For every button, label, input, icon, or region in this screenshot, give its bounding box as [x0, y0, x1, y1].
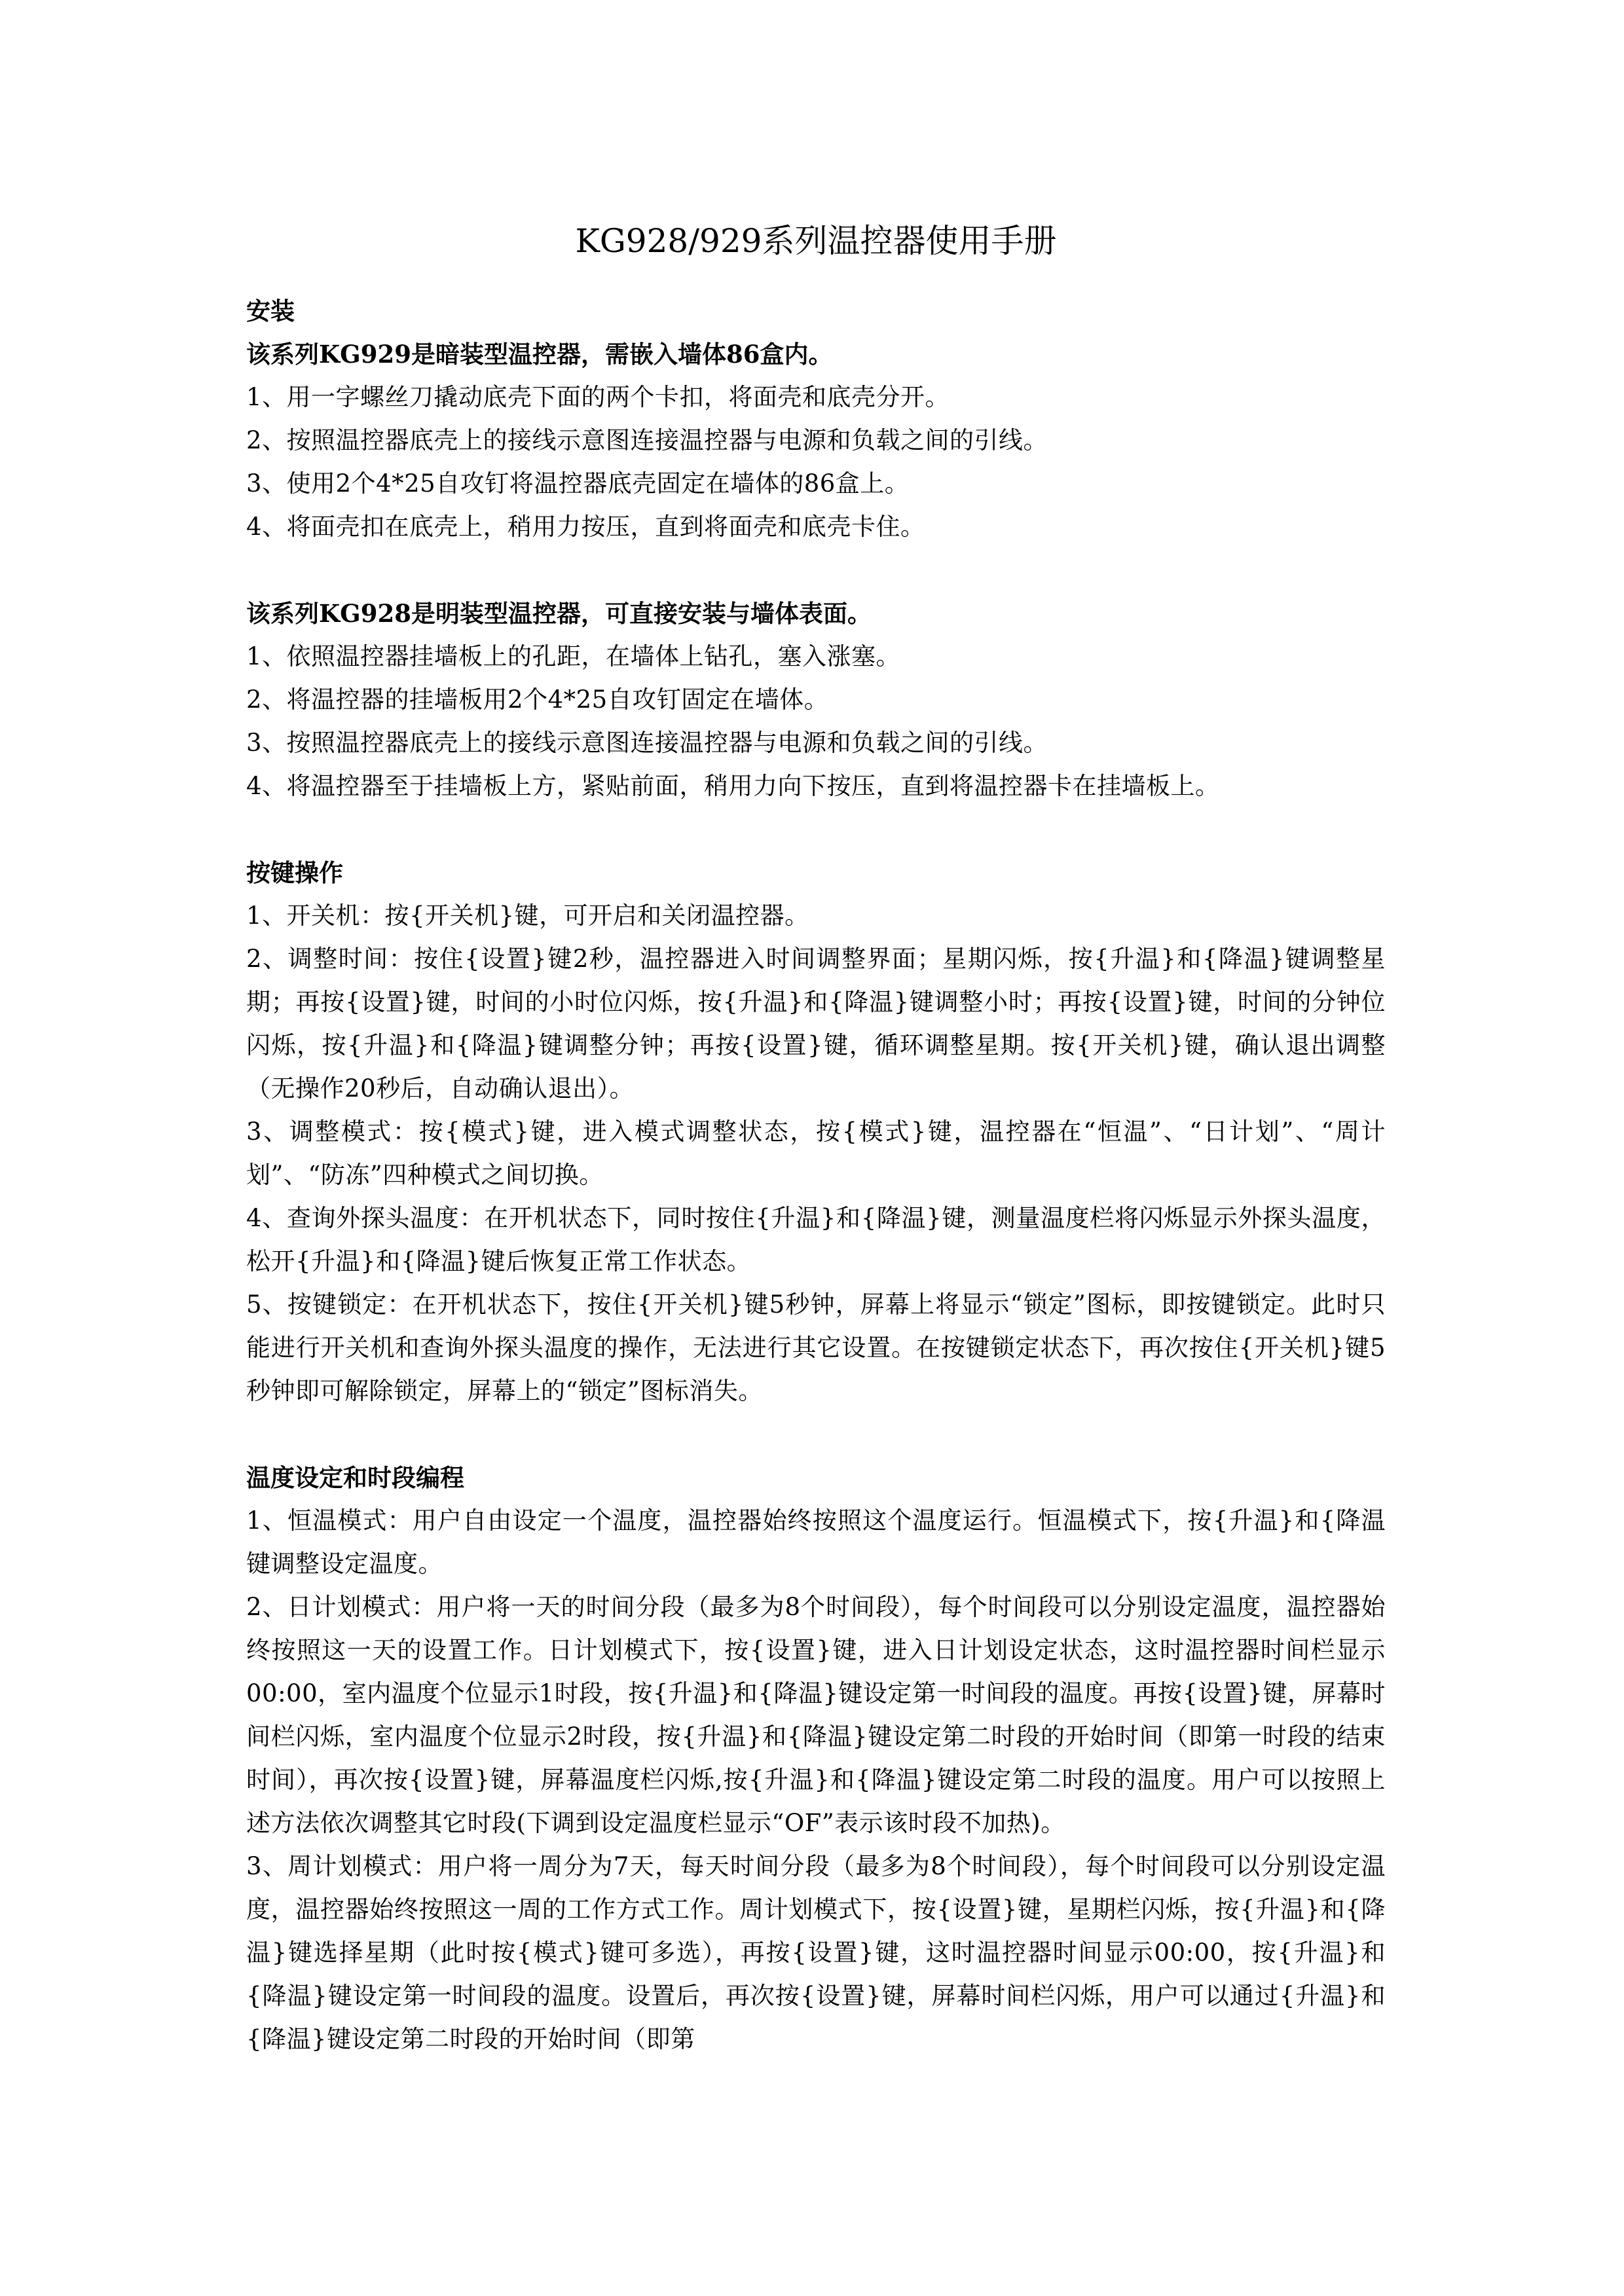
section-heading-temperature-programming: 温度设定和时段编程 — [246, 1456, 1386, 1499]
section-temperature-programming: 温度设定和时段编程 1、恒温模式：用户自由设定一个温度，温控器始终按照这个温度运… — [246, 1456, 1386, 2061]
section-heading-key-operation: 按键操作 — [246, 851, 1386, 894]
kg929-step-4: 4、将面壳扣在底壳上，稍用力按压，直到将面壳和底壳卡住。 — [246, 505, 1386, 549]
section-heading-installation: 安装 — [246, 289, 1386, 333]
key-op-item-4: 4、查询外探头温度：在开机状态下，同时按住{升温}和{降温}键，测量温度栏将闪烁… — [246, 1197, 1386, 1283]
document-page: KG928/929系列温控器使用手册 安装 该系列KG929是暗装型温控器，需嵌… — [246, 208, 1386, 2061]
kg928-intro: 该系列KG928是明装型温控器，可直接安装与墙体表面。 — [246, 592, 1386, 635]
section-installation: 安装 该系列KG929是暗装型温控器，需嵌入墙体86盒内。 1、用一字螺丝刀撬动… — [246, 289, 1386, 808]
kg929-step-1: 1、用一字螺丝刀撬动底壳下面的两个卡扣，将面壳和底壳分开。 — [246, 376, 1386, 419]
kg928-step-3: 3、按照温控器底壳上的接线示意图连接温控器与电源和负载之间的引线。 — [246, 721, 1386, 765]
key-op-item-5: 5、按键锁定：在开机状态下，按住{开关机}键5秒钟，屏幕上将显示“锁定”图标，即… — [246, 1283, 1386, 1413]
kg929-step-3: 3、使用2个4*25自攻钉将温控器底壳固定在墙体的86盒上。 — [246, 462, 1386, 505]
spacer — [246, 549, 1386, 592]
spacer — [246, 1413, 1386, 1456]
temp-prog-item-1: 1、恒温模式：用户自由设定一个温度，温控器始终按照这个温度运行。恒温模式下，按{… — [246, 1499, 1386, 1586]
kg929-step-2: 2、按照温控器底壳上的接线示意图连接温控器与电源和负载之间的引线。 — [246, 419, 1386, 462]
kg928-step-2: 2、将温控器的挂墙板用2个4*25自攻钉固定在墙体。 — [246, 678, 1386, 721]
spacer — [246, 808, 1386, 851]
section-key-operation: 按键操作 1、开关机：按{开关机}键，可开启和关闭温控器。 2、调整时间：按住{… — [246, 851, 1386, 1413]
key-op-item-3: 3、调整模式：按{模式}键，进入模式调整状态，按{模式}键，温控器在“恒温”、“… — [246, 1110, 1386, 1197]
document-title: KG928/929系列温控器使用手册 — [246, 208, 1386, 274]
kg929-intro: 该系列KG929是暗装型温控器，需嵌入墙体86盒内。 — [246, 333, 1386, 376]
temp-prog-item-2: 2、日计划模式：用户将一天的时间分段（最多为8个时间段），每个时间段可以分别设定… — [246, 1586, 1386, 1845]
temp-prog-item-3: 3、周计划模式：用户将一周分为7天，每天时间分段（最多为8个时间段），每个时间段… — [246, 1845, 1386, 2061]
key-op-item-2: 2、调整时间：按住{设置}键2秒，温控器进入时间调整界面；星期闪烁，按{升温}和… — [246, 938, 1386, 1110]
kg928-step-4: 4、将温控器至于挂墙板上方，紧贴前面，稍用力向下按压，直到将温控器卡在挂墙板上。 — [246, 765, 1386, 808]
key-op-item-1: 1、开关机：按{开关机}键，可开启和关闭温控器。 — [246, 894, 1386, 938]
kg928-step-1: 1、依照温控器挂墙板上的孔距，在墙体上钻孔，塞入涨塞。 — [246, 635, 1386, 678]
